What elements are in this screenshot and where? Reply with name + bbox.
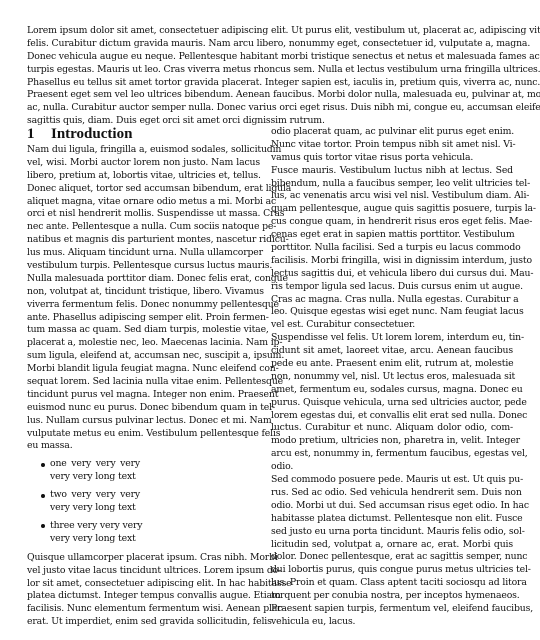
text-line: lus. Nullam cursus pulvinar lectus. Done…: [27, 415, 260, 428]
list-item-text: one very very veryvery very long text: [50, 458, 140, 484]
text-line: ante. Phasellus adipiscing semper elit. …: [27, 312, 260, 325]
paragraph: odio placerat quam, ac pulvinar elit pur…: [271, 126, 513, 165]
list-item-text: three very very veryvery very long text: [50, 520, 140, 546]
text-line: porttitor. Nulla facilisi. Sed a turpis …: [271, 242, 513, 255]
text-line: non, volutpat at, tincidunt tristique, l…: [27, 286, 260, 299]
text-line: very very long text: [50, 533, 140, 546]
text-line: three very very very: [50, 520, 140, 533]
text-line: Fusce mauris. Vestibulum luctus nibh at …: [271, 165, 513, 178]
text-line: Suspendisse vel felis. Ut lorem lorem, i…: [271, 332, 513, 345]
text-line: vel est. Curabitur consectetuer.: [271, 319, 513, 332]
text-line: Nulla malesuada porttitor diam. Donec fe…: [27, 273, 260, 286]
list-item-text: two very very veryvery very long text: [50, 489, 140, 515]
paragraph: Fusce mauris. Vestibulum luctus nibh at …: [271, 165, 513, 333]
text-line: tincidunt purus vel magna. Integer non e…: [27, 389, 260, 402]
text-line: lor sit amet, consectetuer adipiscing el…: [27, 578, 260, 591]
list-item: two very very veryvery very long text: [27, 489, 140, 515]
text-line: Cras ac magna. Cras nulla. Nulla egestas…: [271, 294, 513, 307]
list-item: one very very veryvery very long text: [27, 458, 140, 484]
text-line: pede eu ante. Praesent enim elit, rutrum…: [271, 358, 513, 371]
text-line: one very very very: [50, 458, 140, 471]
bullet-icon: [41, 463, 45, 467]
text-line: cidunt sit amet, laoreet vitae, arcu. Ae…: [271, 345, 513, 358]
text-line: vel, wisi. Morbi auctor lorem non justo.…: [27, 157, 260, 170]
right-column: odio placerat quam, ac pulvinar elit pur…: [271, 126, 513, 629]
text-line: amet, fermentum eu, sodales cursus, magn…: [271, 384, 513, 397]
text-line: erat. Ut imperdiet, enim sed gravida sol…: [27, 616, 260, 629]
paragraph: Suspendisse vel felis. Ut lorem lorem, i…: [271, 332, 513, 474]
text-line: torquent per conubia nostra, per incepto…: [271, 590, 513, 603]
text-line: Praesent eget sem vel leo ultrices biben…: [27, 89, 513, 102]
text-line: Quisque ullamcorper placerat ipsum. Cras…: [27, 552, 260, 565]
text-line: Praesent sapien turpis, fermentum vel, e…: [271, 603, 513, 616]
text-line: purus. Quisque vehicula, urna sed ultric…: [271, 397, 513, 410]
text-line: cus congue quam, in hendrerit risus eros…: [271, 216, 513, 229]
text-line: very very long text: [50, 471, 140, 484]
text-line: placerat a, molestie nec, leo. Maecenas …: [27, 337, 260, 350]
text-line: euismod nunc eu purus. Donec bibendum qu…: [27, 402, 260, 415]
text-line: libero, pretium at, lobortis vitae, ultr…: [27, 170, 260, 183]
text-line: vulputate metus eu enim. Vestibulum pell…: [27, 428, 260, 441]
section-heading: 1Introduction: [27, 125, 132, 143]
text-line: felis. Curabitur dictum gravida mauris. …: [27, 38, 513, 51]
text-line: quam pellentesque, augue quis sagittis p…: [271, 203, 513, 216]
document-page: Lorem ipsum dolor sit amet, consectetuer…: [0, 0, 540, 640]
section-title: Introduction: [51, 126, 132, 142]
text-line: modo pretium, ultricies non, pharetra in…: [271, 435, 513, 448]
text-line: odio placerat quam, ac pulvinar elit pur…: [271, 126, 513, 139]
left-column: Nam dui ligula, fringilla a, euismod sod…: [27, 144, 260, 629]
text-line: Nunc vitae tortor. Proin tempus nibh sit…: [271, 139, 513, 152]
text-line: Donec vehicula augue eu neque. Pellentes…: [27, 51, 513, 64]
text-line: sed justo eu urna porta tincidunt. Mauri…: [271, 526, 513, 539]
text-line: arcu est, nonummy in, fermentum faucibus…: [271, 448, 513, 461]
text-line: natibus et magnis dis parturient montes,…: [27, 234, 260, 247]
section-number: 1: [27, 125, 51, 143]
text-line: cenas eget erat in sapien mattis porttit…: [271, 229, 513, 242]
text-line: tum massa ac quam. Sed diam turpis, mole…: [27, 324, 260, 337]
text-line: ac, nulla. Curabitur auctor semper nulla…: [27, 102, 513, 115]
text-line: viverra fermentum felis. Donec nonummy p…: [27, 299, 260, 312]
text-line: lus, ac venenatis arcu wisi vel nisl. Ve…: [271, 190, 513, 203]
text-line: orci et nisl hendrerit mollis. Suspendis…: [27, 208, 260, 221]
text-line: dolor. Donec pellentesque, erat ac sagit…: [271, 551, 513, 564]
text-line: lectus sagittis dui, et vehicula libero …: [271, 268, 513, 281]
text-line: rus. Sed ac odio. Sed vehicula hendrerit…: [271, 487, 513, 500]
paragraph: Nam dui ligula, fringilla a, euismod sod…: [27, 144, 260, 273]
text-line: nec ante. Pellentesque a nulla. Cum soci…: [27, 221, 260, 234]
bullet-icon: [41, 524, 45, 528]
paragraph: Sed commodo posuere pede. Mauris ut est.…: [271, 474, 513, 629]
text-line: Lorem ipsum dolor sit amet, consectetuer…: [27, 25, 513, 38]
text-line: Phasellus eu tellus sit amet tortor grav…: [27, 77, 513, 90]
text-line: facilisis. Nunc elementum fermentum wisi…: [27, 603, 260, 616]
abstract-paragraph: Lorem ipsum dolor sit amet, consectetuer…: [27, 25, 513, 128]
text-line: sequat lorem. Sed lacinia nulla vitae en…: [27, 376, 260, 389]
text-line: very very long text: [50, 502, 140, 515]
text-line: ris tempor ligula sed lacus. Duis cursus…: [271, 281, 513, 294]
text-line: facilisis. Morbi fringilla, wisi in dign…: [271, 255, 513, 268]
text-line: vestibulum turpis. Pellentesque cursus l…: [27, 260, 260, 273]
text-line: lus mus. Aliquam tincidunt urna. Nulla u…: [27, 247, 260, 260]
text-line: Sed commodo posuere pede. Mauris ut est.…: [271, 474, 513, 487]
text-line: platea dictumst. Integer tempus convalli…: [27, 590, 260, 603]
list-item: three very very veryvery very long text: [27, 520, 140, 546]
text-line: turpis egestas. Mauris ut leo. Cras vive…: [27, 64, 513, 77]
text-line: lus. Proin et quam. Class aptent taciti …: [271, 577, 513, 590]
text-line: vehicula eu, lacus.: [271, 616, 513, 629]
text-line: lorem egestas dui, et convallis elit era…: [271, 410, 513, 423]
paragraph: Quisque ullamcorper placerat ipsum. Cras…: [27, 552, 260, 629]
bullet-list: one very very veryvery very long text tw…: [27, 458, 260, 545]
text-line: Nam dui ligula, fringilla a, euismod sod…: [27, 144, 260, 157]
text-line: dui lobortis purus, quis congue purus me…: [271, 564, 513, 577]
text-line: non, nonummy vel, nisl. Ut lectus eros, …: [271, 371, 513, 384]
text-line: licitudin sed, volutpat a, ornare ac, er…: [271, 539, 513, 552]
text-line: Morbi blandit ligula feugiat magna. Nunc…: [27, 363, 260, 376]
text-line: eu massa.: [27, 440, 260, 453]
text-line: odio.: [271, 461, 513, 474]
text-line: vel justo vitae lacus tincidunt ultrices…: [27, 565, 260, 578]
text-line: odio. Morbi ut dui. Sed accumsan risus e…: [271, 500, 513, 513]
bullet-icon: [41, 494, 45, 498]
text-line: luctus. Curabitur et nunc. Aliquam dolor…: [271, 422, 513, 435]
text-line: sum ligula, eleifend at, accumsan nec, s…: [27, 350, 260, 363]
text-line: vamus quis tortor vitae risus porta vehi…: [271, 152, 513, 165]
paragraph: Nulla malesuada porttitor diam. Donec fe…: [27, 273, 260, 453]
text-line: leo. Quisque egestas wisi eget nunc. Nam…: [271, 306, 513, 319]
text-line: bibendum, nulla a faucibus semper, leo v…: [271, 178, 513, 191]
text-line: aliquet magna, vitae ornare odio metus a…: [27, 196, 260, 209]
text-line: habitasse platea dictumst. Pellentesque …: [271, 513, 513, 526]
text-line: Donec aliquet, tortor sed accumsan biben…: [27, 183, 260, 196]
text-line: two very very very: [50, 489, 140, 502]
